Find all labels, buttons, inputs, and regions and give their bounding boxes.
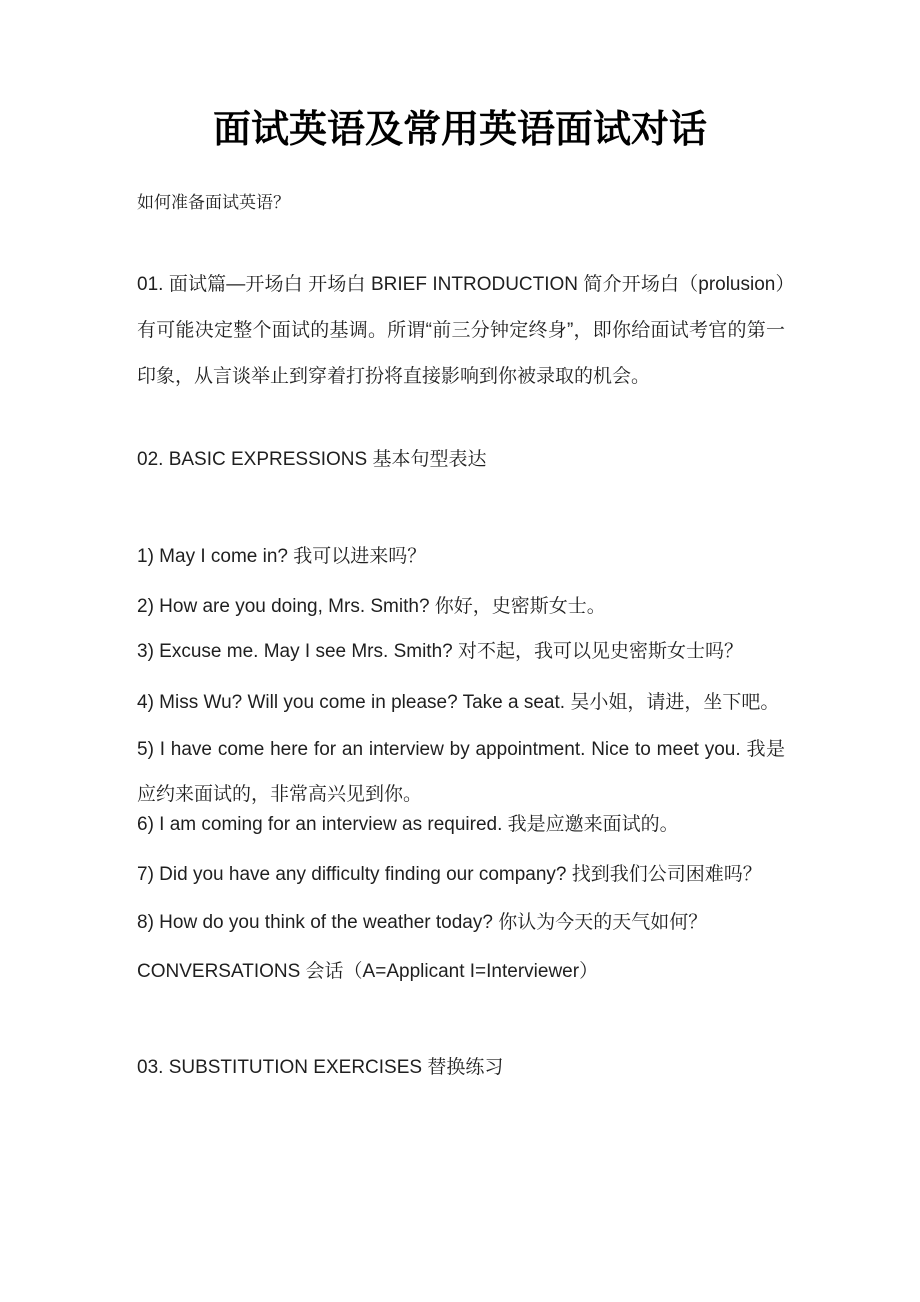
- document-page: 面试英语及常用英语面试对话 如何准备面试英语？ 01. 面试篇—开场白 开场白 …: [0, 0, 920, 1302]
- conversations-heading: CONVERSATIONS 会话（A=Applicant I=Interview…: [137, 949, 785, 995]
- expression-item-3: 3) Excuse me. May I see Mrs. Smith? 对不起，…: [137, 629, 785, 675]
- expression-item-7: 7) Did you have any difficulty finding o…: [137, 852, 785, 898]
- expression-item-6: 6) I am coming for an interview as requi…: [137, 802, 785, 848]
- section-02-heading: 02. BASIC EXPRESSIONS 基本句型表达: [137, 437, 785, 483]
- expression-item-1: 1) May I come in? 我可以进来吗？: [137, 534, 785, 580]
- expression-item-2: 2) How are you doing, Mrs. Smith? 你好，史密斯…: [137, 584, 785, 630]
- section-01-paragraph: 01. 面试篇—开场白 开场白 BRIEF INTRODUCTION 简介开场白…: [137, 262, 785, 400]
- intro-question: 如何准备面试英语？: [137, 180, 785, 226]
- section-03-heading: 03. SUBSTITUTION EXERCISES 替换练习: [137, 1045, 785, 1091]
- expression-item-4: 4) Miss Wu? Will you come in please? Tak…: [137, 680, 785, 726]
- document-title: 面试英语及常用英语面试对话: [0, 108, 920, 154]
- expression-item-8: 8) How do you think of the weather today…: [137, 900, 785, 946]
